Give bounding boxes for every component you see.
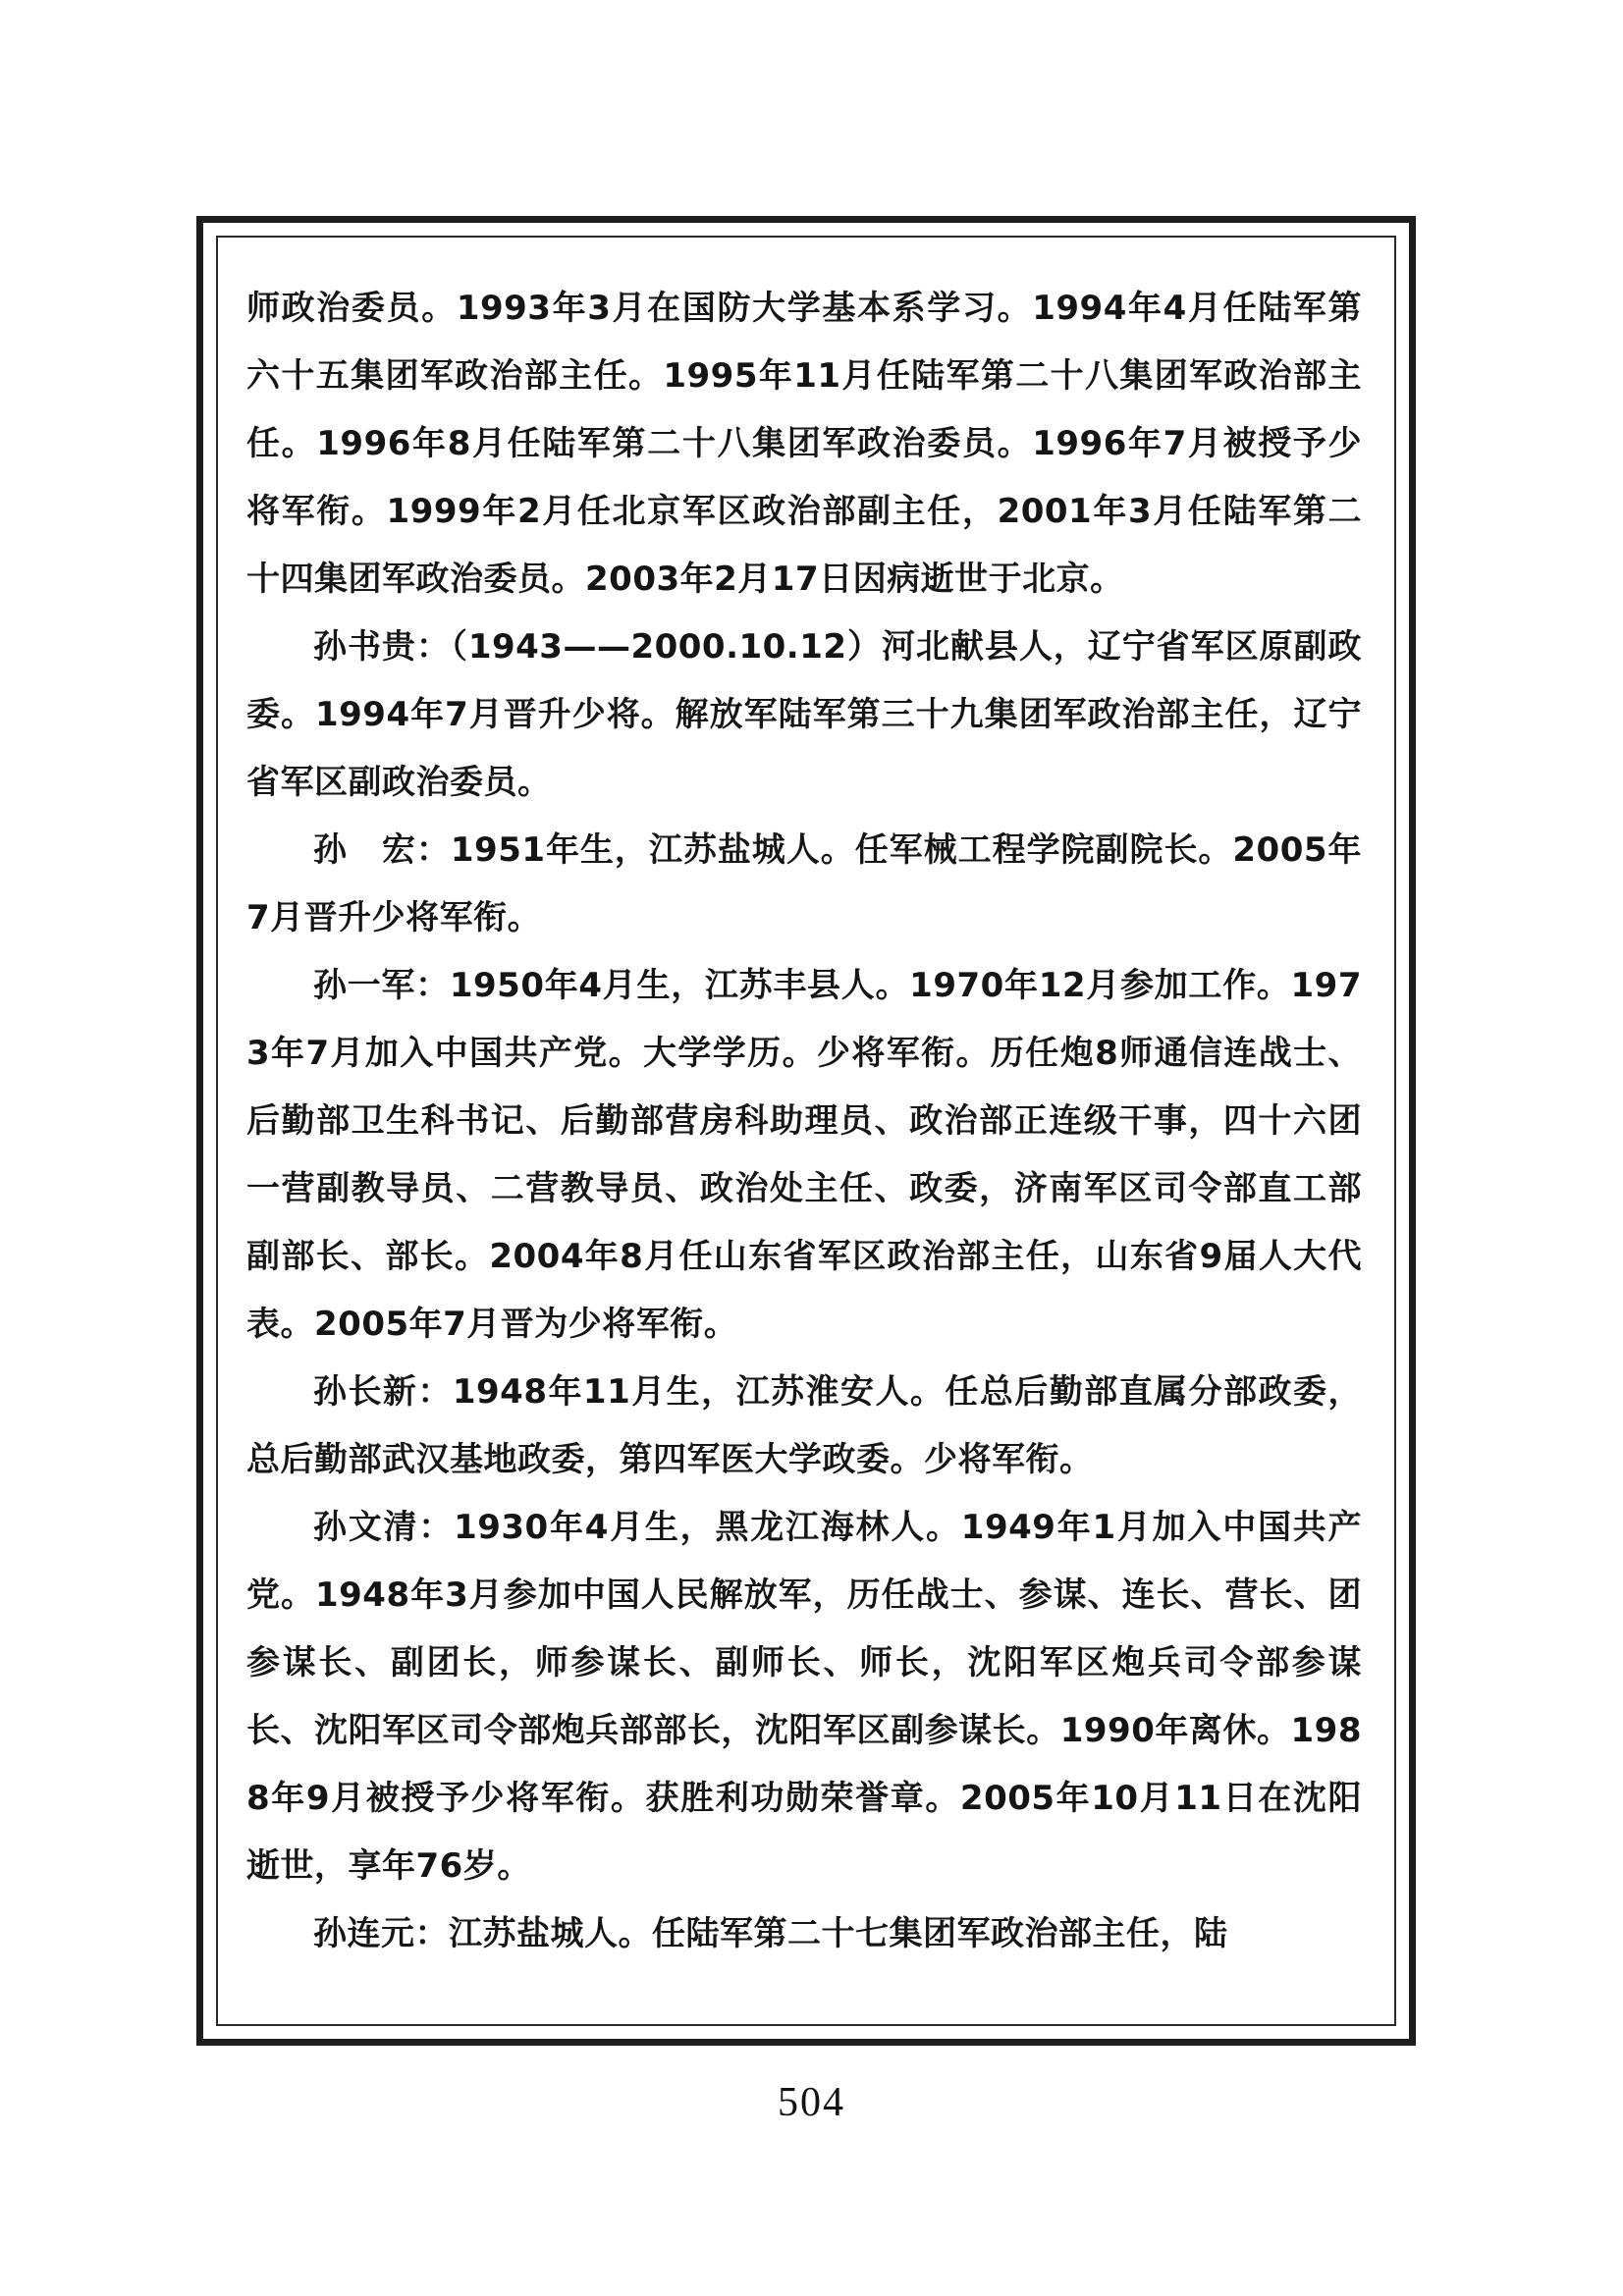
paragraph: 孙文清：1930年4月生，黑龙江海林人。1949年1月加入中国共产党。1948年… xyxy=(246,1494,1362,1900)
paragraph: 孙长新：1948年11月生，江苏淮安人。任总后勤部直属分部政委，总后勤部武汉基地… xyxy=(246,1359,1362,1494)
paragraph: 孙一军：1950年4月生，江苏丰县人。1970年12月参加工作。1973年7月加… xyxy=(246,952,1362,1359)
inner-border-frame: 师政治委员。1993年3月在国防大学基本系学习。1994年4月任陆军第六十五集团… xyxy=(216,236,1396,2026)
paragraph: 孙 宏：1951年生，江苏盐城人。任军械工程学院副院长。2005年7月晋升少将军… xyxy=(246,817,1362,952)
paragraph: 师政治委员。1993年3月在国防大学基本系学习。1994年4月任陆军第六十五集团… xyxy=(246,275,1362,614)
paragraph: 孙书贵：（1943——2000.10.12）河北献县人，辽宁省军区原副政委。19… xyxy=(246,614,1362,817)
body-text: 师政治委员。1993年3月在国防大学基本系学习。1994年4月任陆军第六十五集团… xyxy=(246,275,1362,2024)
page-border-frame: 师政治委员。1993年3月在国防大学基本系学习。1994年4月任陆军第六十五集团… xyxy=(196,216,1416,2046)
paragraph: 孙连元：江苏盐城人。任陆军第二十七集团军政治部主任，陆 xyxy=(246,1900,1362,1968)
page-number: 504 xyxy=(0,2079,1623,2126)
